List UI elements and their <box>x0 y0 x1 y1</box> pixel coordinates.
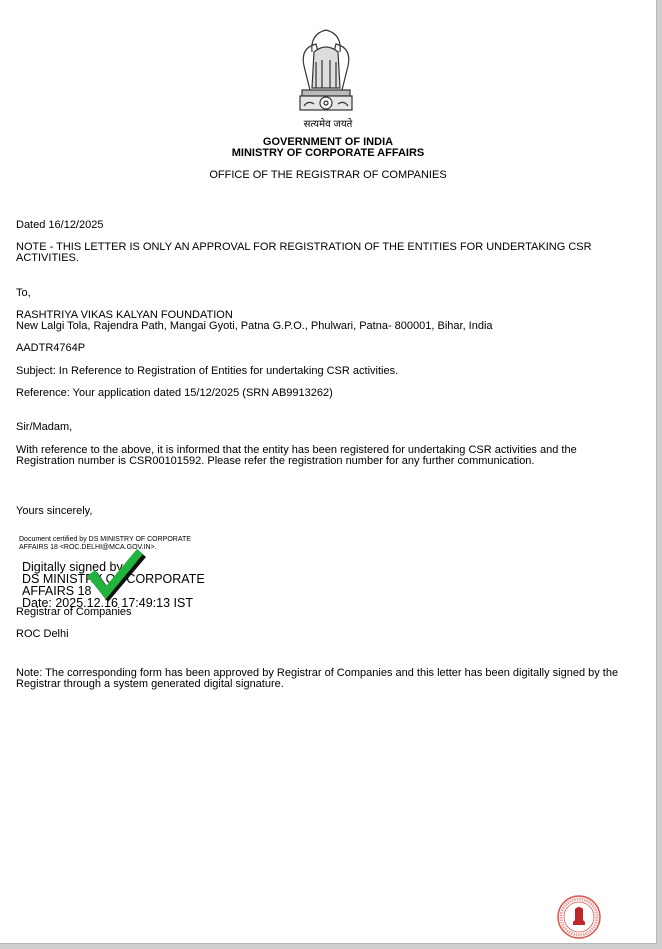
recipient-pan: AADTR4764P <box>16 342 85 354</box>
salutation: Sir/Madam, <box>16 421 72 433</box>
body-line2: Registration number is CSR00101592. Plea… <box>16 455 534 467</box>
national-emblem-icon <box>290 22 362 134</box>
closing: Yours sincerely, <box>16 505 92 517</box>
letter-date: Dated 16/12/2025 <box>16 219 103 231</box>
document-page: सत्यमेव जयते GOVERNMENT OF INDIA MINISTR… <box>0 0 657 944</box>
to-label: To, <box>16 287 31 299</box>
certified-line1: Document certified by DS MINISTRY OF COR… <box>19 536 191 544</box>
office-name: ROC Delhi <box>16 628 69 640</box>
approval-note-line2: ACTIVITIES. <box>16 252 79 264</box>
header-office: OFFICE OF THE REGISTRAR OF COMPANIES <box>0 170 656 181</box>
emblem-motto: सत्यमेव जयते <box>0 119 656 130</box>
signature-valid-check-icon <box>86 548 148 604</box>
header-ministry: MINISTRY OF CORPORATE AFFAIRS <box>0 148 656 159</box>
recipient-address: New Lalgi Tola, Rajendra Path, Mangai Gy… <box>16 320 493 332</box>
ministry-seal-icon <box>556 894 602 940</box>
footer-note-line2: Registrar through a system generated dig… <box>16 678 284 690</box>
letter-subject: Subject: In Reference to Registration of… <box>16 365 398 377</box>
letter-reference: Reference: Your application dated 15/12/… <box>16 387 333 399</box>
approval-note-line1: NOTE - THIS LETTER IS ONLY AN APPROVAL F… <box>16 241 592 253</box>
